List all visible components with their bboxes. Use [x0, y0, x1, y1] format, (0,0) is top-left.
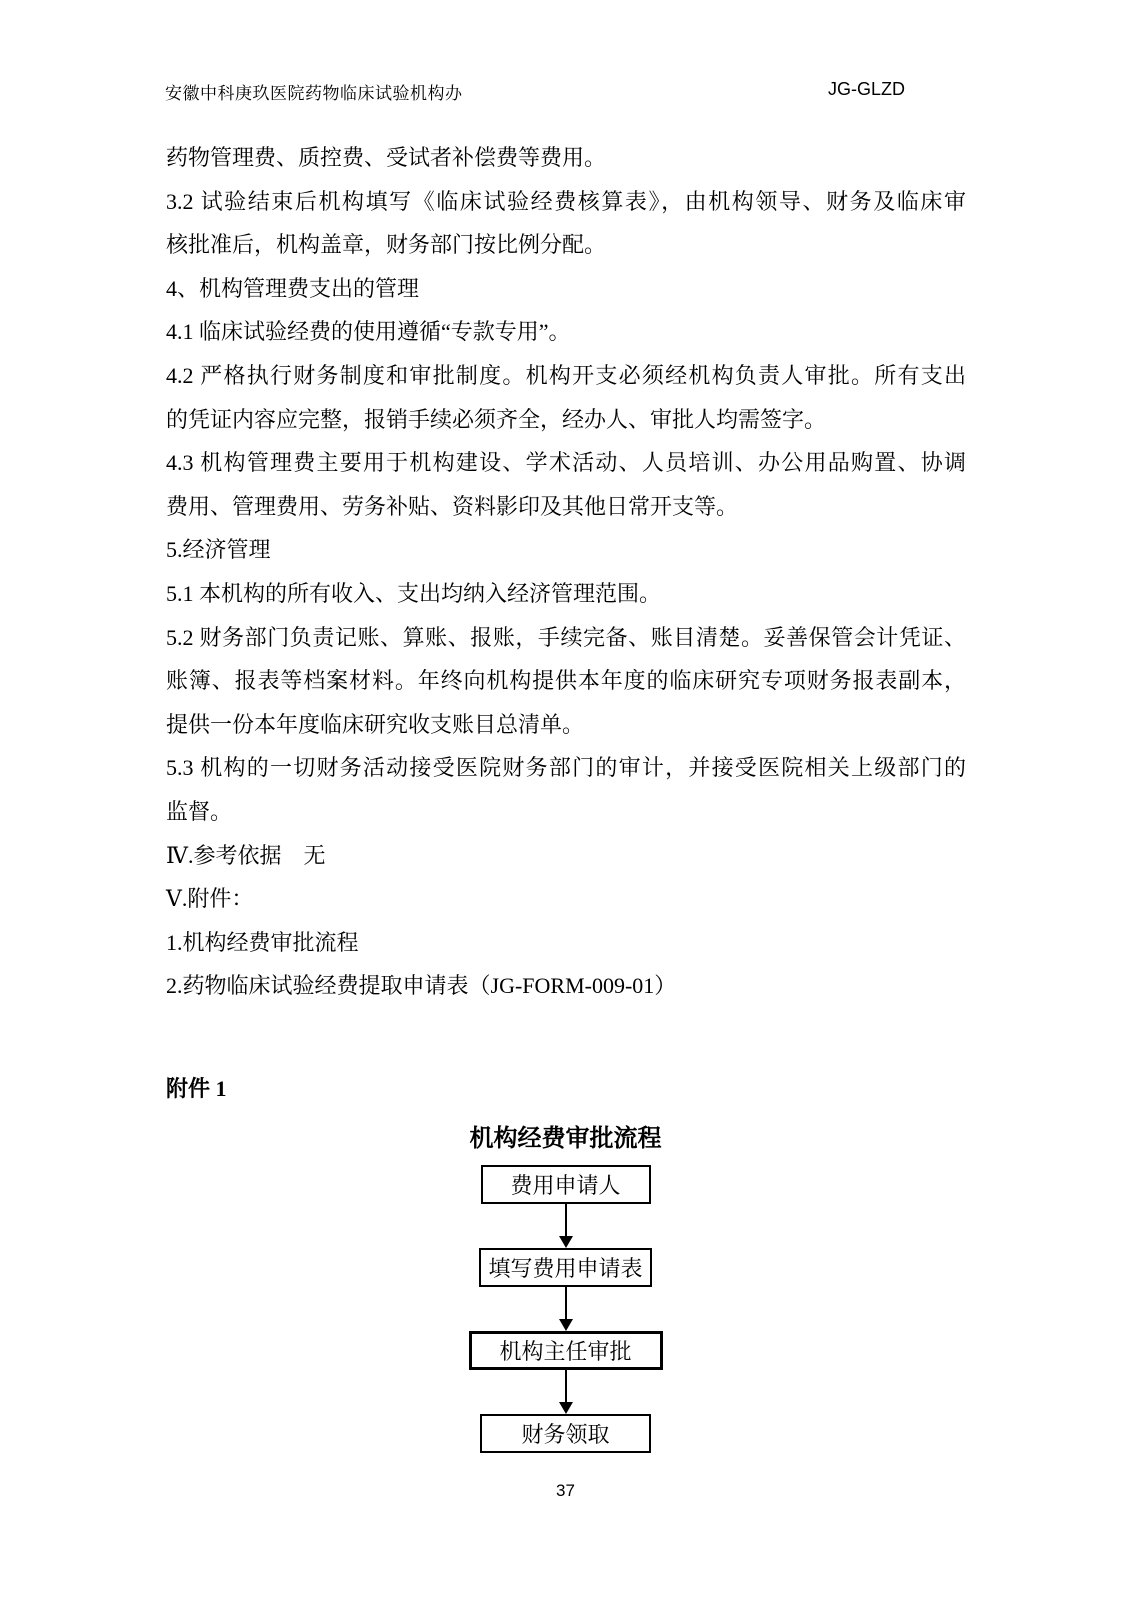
approval-flowchart: 机构经费审批流程 费用申请人 填写费用申请表 机构主任审批 财务领取 [0, 1124, 1131, 1453]
header-document-code: JG-GLZD [828, 79, 905, 100]
body-line: 5.1 本机构的所有收入、支出均纳入经济管理范围。 [166, 572, 966, 616]
arrow-head [559, 1319, 573, 1331]
flow-arrow-down-icon [559, 1287, 573, 1331]
body-line: 核批准后，机构盖章，财务部门按比例分配。 [166, 223, 966, 267]
header-left-title: 安徽中科庚玖医院药物临床试验机构办 [165, 79, 463, 104]
body-line: 4、机构管理费支出的管理 [166, 267, 966, 311]
arrow-head [559, 1402, 573, 1414]
flow-step-director-approval: 机构主任审批 [469, 1331, 663, 1370]
page-number: 37 [0, 1481, 1131, 1501]
body-line: 3.2 试验结束后机构填写《临床试验经费核算表》，由机构领导、财务及临床审 [166, 180, 966, 224]
body-line: 2.药物临床试验经费提取申请表（JG-FORM-009-01） [166, 964, 966, 1008]
flow-step-applicant: 费用申请人 [481, 1165, 651, 1204]
body-line: 的凭证内容应完整，报销手续必须齐全，经办人、审批人均需签字。 [166, 398, 966, 442]
body-line: 1.机构经费审批流程 [166, 921, 966, 965]
attachment-label: 附件 1 [166, 1072, 227, 1103]
arrow-stem [565, 1204, 567, 1236]
flow-arrow-down-icon [559, 1204, 573, 1248]
body-line: Ⅴ.附件： [166, 877, 966, 921]
flow-arrow-down-icon [559, 1370, 573, 1414]
body-line: 5.3 机构的一切财务活动接受医院财务部门的审计，并接受医院相关上级部门的 [166, 746, 966, 790]
flow-step-finance-collect: 财务领取 [480, 1414, 651, 1453]
body-line: 5.经济管理 [166, 528, 966, 572]
body-line: 5.2 财务部门负责记账、算账、报账，手续完备、账目清楚。妥善保管会计凭证、 [166, 616, 966, 660]
flowchart-title: 机构经费审批流程 [470, 1124, 662, 1154]
body-line: 费用、管理费用、劳务补贴、资料影印及其他日常开支等。 [166, 485, 966, 529]
body-line: 4.3 机构管理费主要用于机构建设、学术活动、人员培训、办公用品购置、协调 [166, 441, 966, 485]
body-line: 4.1 临床试验经费的使用遵循“专款专用”。 [166, 310, 966, 354]
body-text-block: 药物管理费、质控费、受试者补偿费等费用。 3.2 试验结束后机构填写《临床试验经… [166, 136, 966, 1008]
body-line: Ⅳ.参考依据 无 [166, 834, 966, 878]
arrow-stem [565, 1370, 567, 1402]
flow-step-fill-application-form: 填写费用申请表 [479, 1248, 652, 1287]
arrow-head [559, 1236, 573, 1248]
body-line: 4.2 严格执行财务制度和审批制度。机构开支必须经机构负责人审批。所有支出 [166, 354, 966, 398]
body-line: 监督。 [166, 790, 966, 834]
document-page: 安徽中科庚玖医院药物临床试验机构办 JG-GLZD 药物管理费、质控费、受试者补… [0, 0, 1131, 1600]
body-line: 提供一份本年度临床研究收支账目总清单。 [166, 703, 966, 747]
body-line: 账簿、报表等档案材料。年终向机构提供本年度的临床研究专项财务报表副本， [166, 659, 966, 703]
body-line: 药物管理费、质控费、受试者补偿费等费用。 [166, 136, 966, 180]
arrow-stem [565, 1287, 567, 1319]
